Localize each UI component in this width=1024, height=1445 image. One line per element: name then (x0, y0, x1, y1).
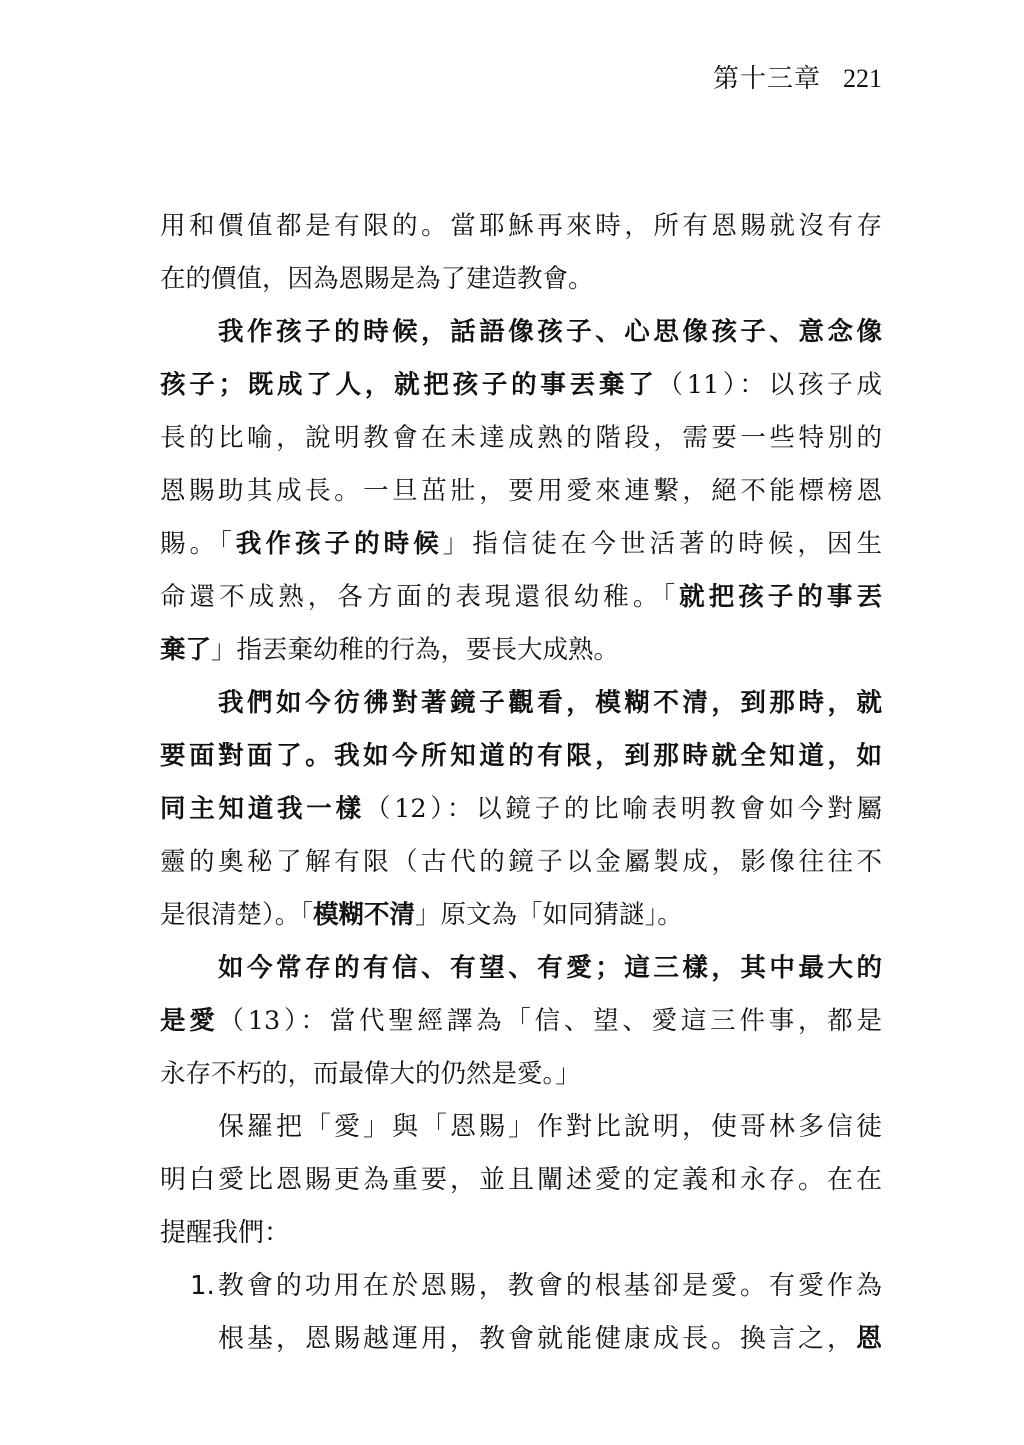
text-line: 是很清楚）。「模糊不清」原文為「如同猜謎」。 (160, 893, 882, 937)
text-line: 我們如今彷彿對著鏡子觀看，模糊不清，到那時，就 (218, 681, 882, 725)
bold-scripture-text: 要面對面了。我如今所知道的有限，到那時就全知道，如 (160, 741, 882, 771)
text-line: 恩賜助其成長。一旦茁壯，要用愛來連繫，絕不能標榜恩 (160, 469, 882, 513)
text-run: 在的價值，因為恩賜是為了建造教會。 (160, 264, 594, 294)
text-run: 命還不成熟，各方面的表現還很幼稚。「 (160, 582, 679, 612)
text-line: 永存不朽的，而最偉大的仍然是愛。」 (160, 1052, 882, 1096)
text-line: 我作孩子的時候，話語像孩子、心思像孩子、意念像 (218, 310, 882, 354)
running-header: 第十三章221 (600, 58, 882, 95)
bold-scripture-text: 我們如今彷彿對著鏡子觀看，模糊不清，到那時，就 (218, 688, 882, 718)
text-run: 永存不朽的，而最偉大的仍然是愛。」 (160, 1059, 581, 1089)
text-line: 賜。「我作孩子的時候」指信徒在今世活著的時候，因生 (160, 522, 882, 566)
text-line: 要面對面了。我如今所知道的有限，到那時就全知道，如 (160, 734, 882, 778)
text-run: 靈的奧秘了解有限（古代的鏡子以金屬製成，影像往往不 (160, 847, 882, 877)
bold-scripture-text: 我作孩子的時候，話語像孩子、心思像孩子、意念像 (218, 317, 882, 347)
text-run: 」指丟棄幼稚的行為，要長大成熟。 (211, 635, 619, 665)
text-line: 用和價值都是有限的。當耶穌再來時，所有恩賜就沒有存 (160, 204, 882, 248)
bold-scripture-text: 恩 (856, 1324, 882, 1354)
text-line: 如今常存的有信、有望、有愛；這三樣，其中最大的 (218, 946, 882, 990)
text-line: 棄了」指丟棄幼稚的行為，要長大成熟。 (160, 628, 882, 672)
text-line: 是愛（13）：當代聖經譯為「信、望、愛這三件事，都是 (160, 999, 882, 1043)
text-line: 提醒我們： (160, 1211, 882, 1255)
bold-scripture-text: 模糊不清 (313, 900, 415, 930)
text-line: 保羅把「愛」與「恩賜」作對比說明，使哥林多信徒 (218, 1105, 882, 1149)
text-line: 命還不成熟，各方面的表現還很幼稚。「就把孩子的事丟 (160, 575, 882, 619)
text-run: 明白愛比恩賜更為重要，並且闡述愛的定義和永存。在在 (160, 1165, 882, 1195)
text-line: 1.教會的功用在於恩賜，教會的根基卻是愛。有愛作為 (190, 1264, 882, 1308)
text-run: 」原文為「如同猜謎」。 (415, 900, 683, 930)
text-line: 孩子；既成了人，就把孩子的事丟棄了（11）：以孩子成 (160, 363, 882, 407)
bold-scripture-text: 就把孩子的事丟 (679, 582, 882, 612)
bold-scripture-text: 孩子；既成了人，就把孩子的事丟棄了 (160, 370, 657, 400)
text-line: 長的比喻，說明教會在未達成熟的階段，需要一些特別的 (160, 416, 882, 460)
text-run: （11）：以孩子成 (657, 370, 882, 400)
text-run: （12）：以鏡子的比喻表明教會如今對屬 (365, 794, 882, 824)
text-run: 換言之， (740, 1324, 856, 1354)
text-run: 用和價值都是有限的。當耶穌再來時，所有恩賜就沒有存 (160, 211, 882, 241)
text-run: 1.教會的功用在於恩賜，教會的根基卻是愛。有愛作為 (190, 1271, 882, 1301)
text-run: 」指信徒在今世活著的時候，因生 (443, 529, 882, 559)
bold-scripture-text: 棄了 (160, 635, 211, 665)
bold-scripture-text: 如今常存的有信、有望、有愛；這三樣，其中最大的 (218, 953, 882, 983)
text-run: 賜。「 (160, 529, 236, 559)
text-line: 同主知道我一樣（12）：以鏡子的比喻表明教會如今對屬 (160, 787, 882, 831)
text-run: 恩賜助其成長。一旦茁壯，要用愛來連繫，絕不能標榜恩 (160, 476, 882, 506)
text-run: 根基，恩賜越運用，教會就能健康成長。 (218, 1324, 740, 1354)
text-run: 保羅把「愛」與「恩賜」作對比說明，使哥林多信徒 (218, 1112, 882, 1142)
bold-scripture-text: 我作孩子的時候 (236, 529, 443, 559)
text-line: 明白愛比恩賜更為重要，並且闡述愛的定義和永存。在在 (160, 1158, 882, 1202)
text-run: （13）：當代聖經譯為「信、望、愛這三件事，都是 (219, 1006, 882, 1036)
text-line: 根基，恩賜越運用，教會就能健康成長。換言之，恩 (218, 1317, 882, 1361)
chapter-title: 第十三章 (713, 64, 821, 93)
text-line: 靈的奧秘了解有限（古代的鏡子以金屬製成，影像往往不 (160, 840, 882, 884)
page-number: 221 (843, 64, 882, 93)
bold-scripture-text: 同主知道我一樣 (160, 794, 365, 824)
text-run: 是很清楚）。「 (160, 900, 313, 930)
bold-scripture-text: 是愛 (160, 1006, 219, 1036)
text-line: 在的價值，因為恩賜是為了建造教會。 (160, 257, 882, 301)
text-run: 提醒我們： (160, 1218, 290, 1248)
text-run: 長的比喻，說明教會在未達成熟的階段，需要一些特別的 (160, 423, 882, 453)
